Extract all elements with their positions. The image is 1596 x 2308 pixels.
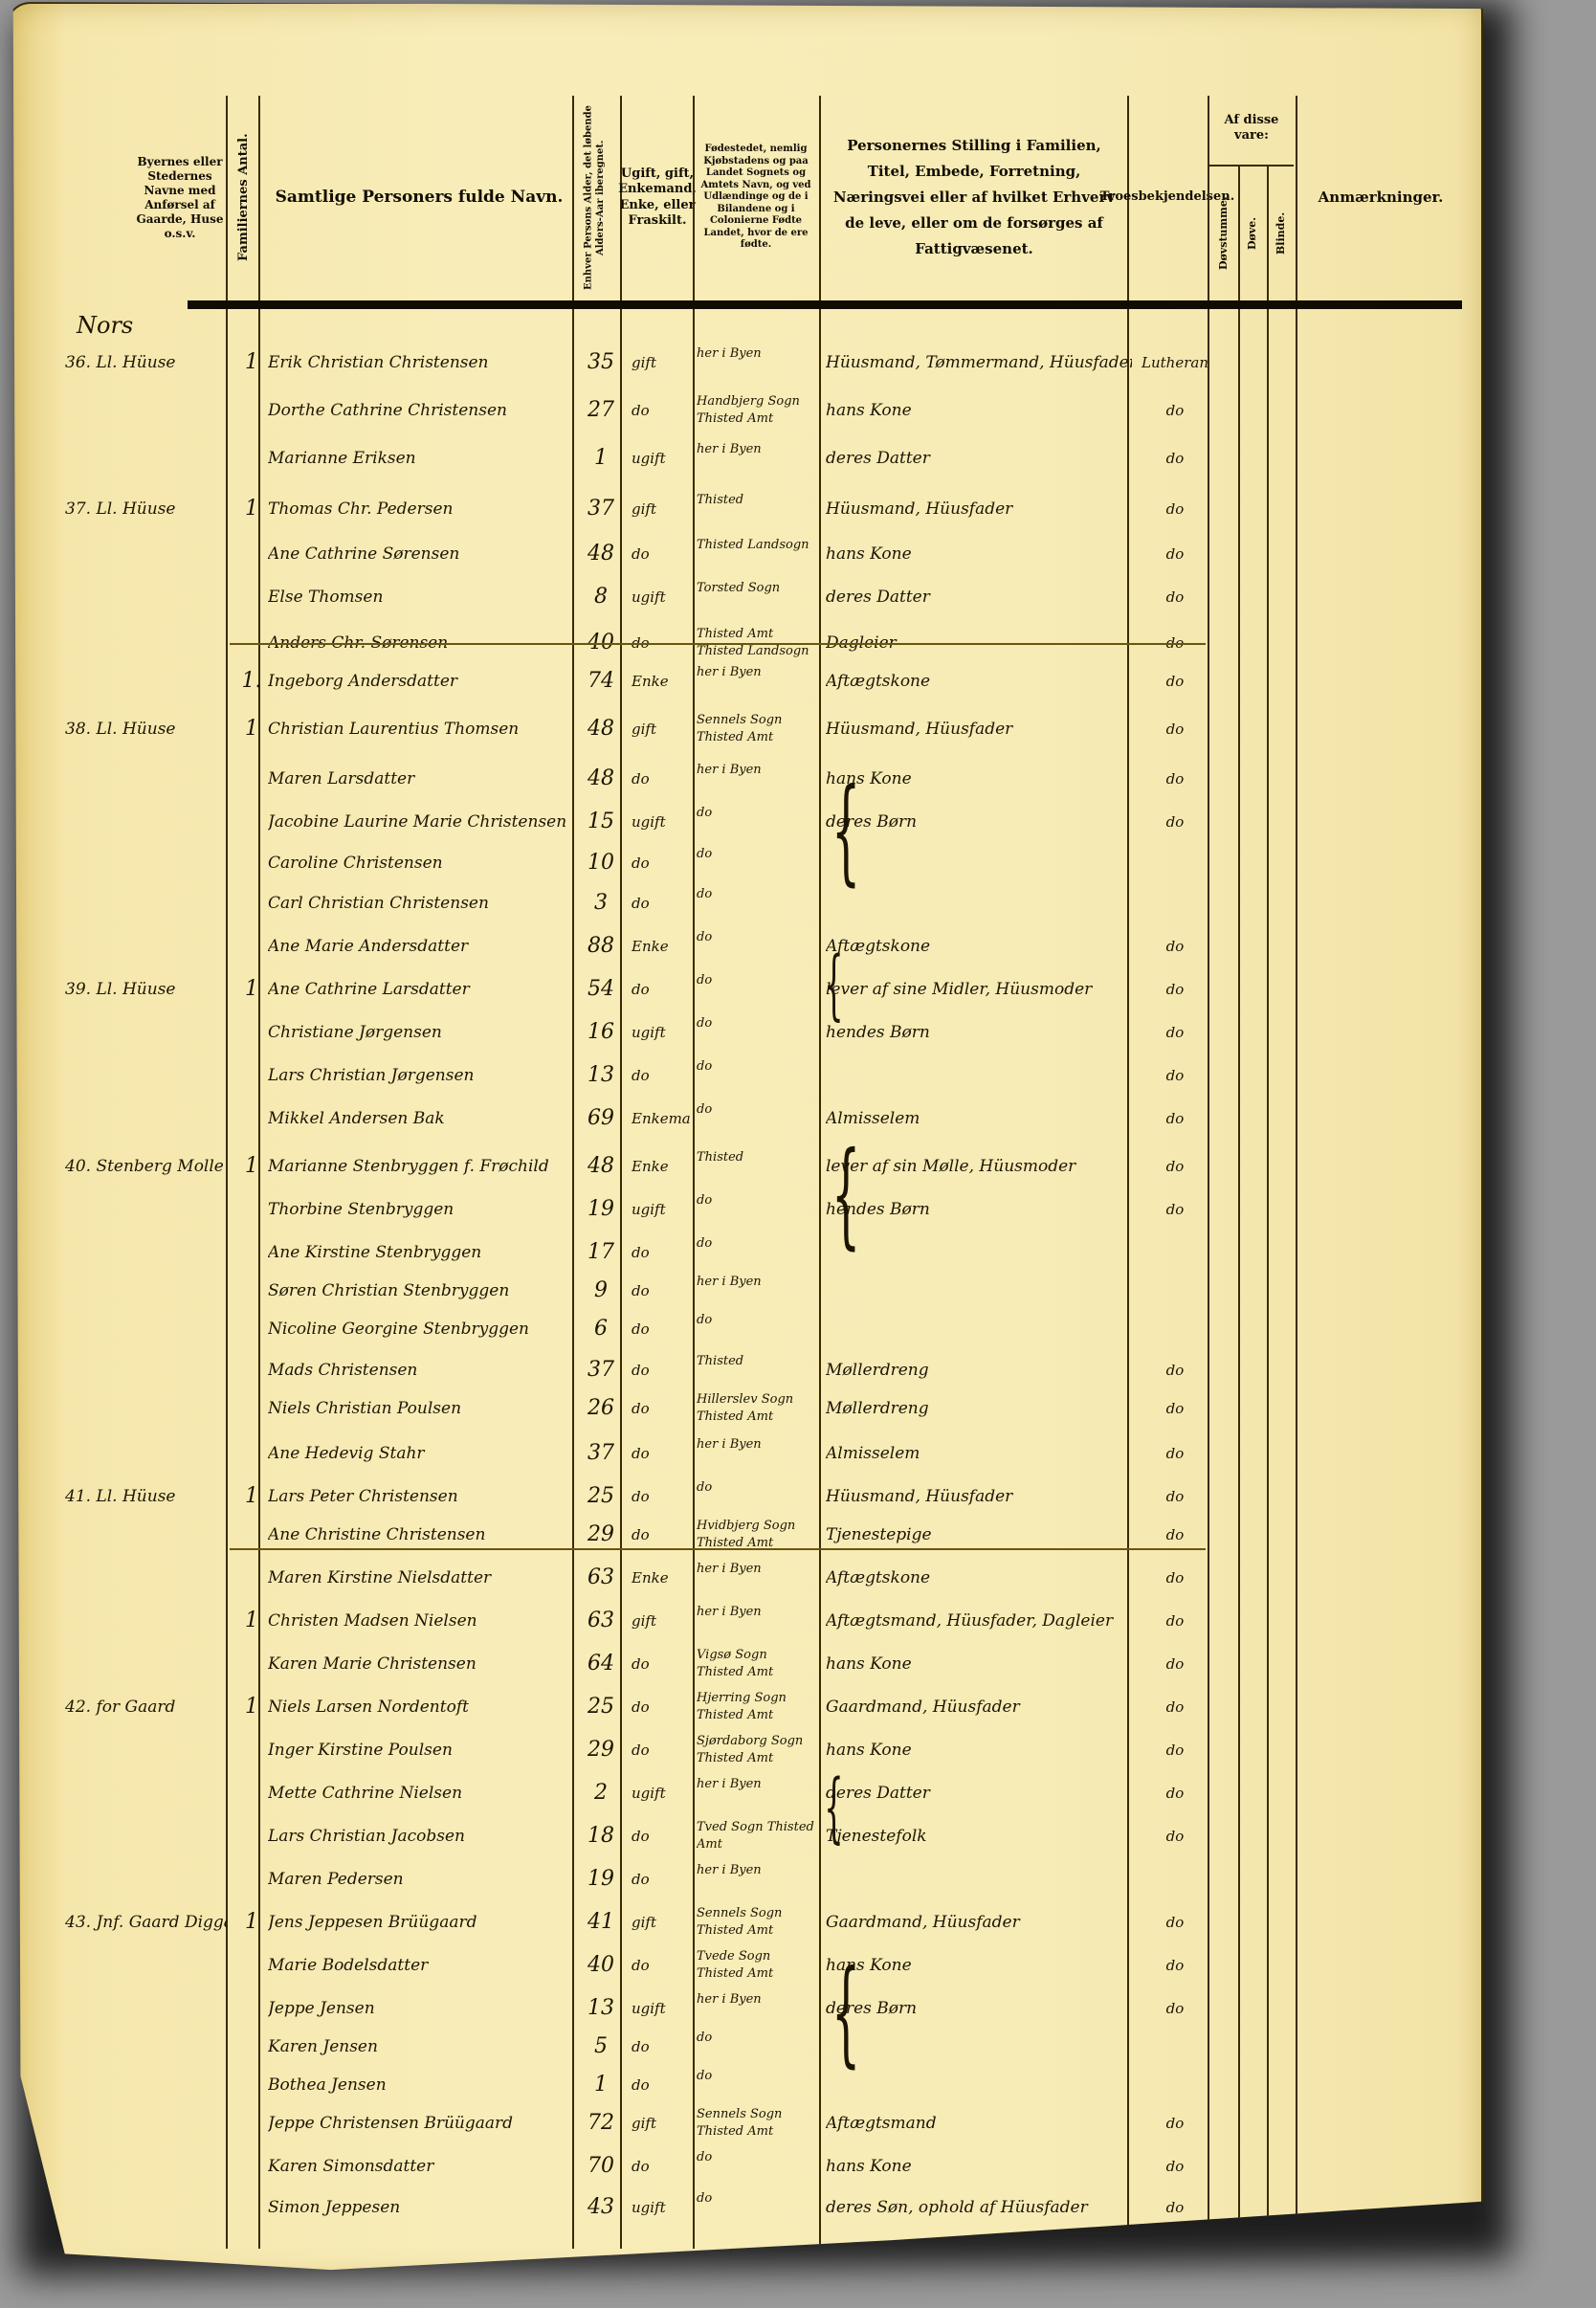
civil-status-cell: do (632, 970, 691, 1009)
faith-cell: do (1137, 1190, 1213, 1229)
header-remarks: Anmærkninger. (1299, 100, 1462, 296)
census-page: Byernes eller Stedernes Navne med Anførs… (6, 2, 1483, 2281)
census-row: Thorbine Stenbryggen19ugiftdohendes Børn… (8, 1190, 1481, 1229)
birthplace-cell: do (697, 1056, 816, 1076)
age-cell: 69 (577, 1099, 625, 1138)
birthplace-cell: her i Byen (697, 1434, 816, 1454)
age-cell: 10 (577, 844, 625, 882)
civil-status-cell: ugift (632, 2188, 691, 2227)
census-row: 1Christen Madsen Nielsen63gifther i Byen… (8, 1602, 1481, 1640)
occupation-cell: Hüusmand, Tømmermand, Hüusfader (826, 344, 1132, 382)
header-civil: Ugift, gift, Enkemand, Enke, eller Frask… (624, 100, 691, 296)
age-cell: 25 (577, 1688, 625, 1726)
faith-cell: do (1137, 1559, 1213, 1597)
census-row: Marianne Eriksen1ugifther i Byenderes Da… (8, 439, 1481, 477)
civil-status-cell: do (632, 1389, 691, 1428)
census-row: Mikkel Andersen Bak69EnkemanddoAlmissele… (8, 1099, 1481, 1138)
family-count-cell: 1 (237, 1602, 266, 1640)
person-name-cell: Inger Kirstine Poulsen (268, 1731, 574, 1769)
person-name-cell: Mette Cathrine Nielsen (268, 1774, 574, 1812)
occupation-cell: hans Kone (826, 760, 1132, 798)
age-cell: 72 (577, 2104, 625, 2142)
household-separator (230, 643, 1206, 645)
person-name-cell: Ane Cathrine Larsdatter (268, 970, 574, 1009)
age-cell: 1 (577, 439, 625, 477)
census-row: Jacobine Laurine Marie Christensen15ugif… (8, 803, 1481, 841)
census-row: 43. Jnf. Gaard Diggaard1Jens Jeppesen Br… (8, 1903, 1481, 1942)
civil-status-cell: do (632, 2147, 691, 2186)
birthplace-cell: do (697, 1013, 816, 1032)
age-cell: 37 (577, 1434, 625, 1473)
civil-status-cell: do (632, 1946, 691, 1985)
birthplace-cell: do (697, 844, 816, 863)
census-row: Mads Christensen37doThistedMøllerdrengdo (8, 1351, 1481, 1389)
person-name-cell: Jens Jeppesen Brüügaard (268, 1903, 574, 1942)
faith-cell: do (1137, 391, 1213, 430)
census-row: 1.Ingeborg Andersdatter74Enkeher i ByenA… (8, 662, 1481, 700)
faith-cell: do (1137, 1434, 1213, 1473)
birthplace-cell: Torsted Sogn (697, 578, 816, 597)
occupation-cell: lever af sin Mølle, Hüusmoder (826, 1147, 1132, 1186)
person-name-cell: Bothea Jensen (268, 2066, 574, 2104)
occupation-cell: deres Datter (826, 578, 1132, 616)
birthplace-cell: her i Byen (697, 760, 816, 779)
birthplace-cell: do (697, 2066, 816, 2085)
occupation-cell: deres Børn (826, 803, 1132, 841)
birthplace-cell: do (697, 1310, 816, 1329)
occupation-cell: hans Kone (826, 1645, 1132, 1683)
birthplace-cell: her i Byen (697, 439, 816, 458)
birthplace-cell: Hjerring Sogn Thisted Amt (697, 1688, 816, 1724)
family-count-cell: 1 (237, 970, 266, 1009)
occupation-cell: hendes Børn (826, 1013, 1132, 1052)
header-rule (188, 300, 1462, 309)
occupation-cell: hans Kone (826, 391, 1132, 430)
age-cell: 37 (577, 490, 625, 528)
occupation-cell: deres Datter (826, 439, 1132, 477)
person-name-cell: Jacobine Laurine Marie Christensen (268, 803, 574, 841)
person-name-cell: Ingeborg Andersdatter (268, 662, 574, 700)
family-count-cell: 1 (237, 490, 266, 528)
birthplace-cell: do (697, 927, 816, 946)
birthplace-cell: Sennels Sogn Thisted Amt (697, 1903, 816, 1940)
birthplace-cell: Vigsø Sogn Thisted Amt (697, 1645, 816, 1681)
age-cell: 13 (577, 1056, 625, 1095)
person-name-cell: Maren Kirstine Nielsdatter (268, 1559, 574, 1597)
person-name-cell: Marie Bodelsdatter (268, 1946, 574, 1985)
occupation-cell: hans Kone (826, 535, 1132, 573)
birthplace-cell: do (697, 1477, 816, 1497)
person-name-cell: Marianne Eriksen (268, 439, 574, 477)
civil-status-cell: gift (632, 1602, 691, 1640)
faith-cell: do (1137, 439, 1213, 477)
occupation-cell: hendes Børn (826, 1190, 1132, 1229)
age-cell: 35 (577, 344, 625, 382)
civil-status-cell: do (632, 844, 691, 882)
age-cell: 88 (577, 927, 625, 965)
census-row: 41. Ll. Hüuse1Lars Peter Christensen25do… (8, 1477, 1481, 1516)
civil-status-cell: do (632, 1860, 691, 1898)
birthplace-cell: Hillerslev Sogn Thisted Amt (697, 1389, 816, 1426)
civil-status-cell: do (632, 1477, 691, 1516)
census-row: Jeppe Christensen Brüügaard72giftSennels… (8, 2104, 1481, 2142)
age-cell: 48 (577, 710, 625, 748)
civil-status-cell: do (632, 1434, 691, 1473)
census-row: 36. Ll. Hüuse1Erik Christian Christensen… (8, 344, 1481, 382)
census-row: Inger Kirstine Poulsen29doSjørdaborg Sog… (8, 1731, 1481, 1769)
civil-status-cell: do (632, 1056, 691, 1095)
civil-status-cell: do (632, 1272, 691, 1310)
family-count-cell: 1 (237, 1147, 266, 1186)
census-row: Lars Christian Jacobsen18doTved Sogn Thi… (8, 1817, 1481, 1855)
census-row: Ane Cathrine Sørensen48doThisted Landsog… (8, 535, 1481, 573)
family-count-cell: 1. (237, 662, 266, 700)
age-cell: 19 (577, 1860, 625, 1898)
occupation-cell: Gaardmand, Hüusfader (826, 1903, 1132, 1942)
census-row: Lars Christian Jørgensen13dododo (8, 1056, 1481, 1095)
occupation-cell: Aftægtsmand (826, 2104, 1132, 2142)
census-row: 40. Stenberg Molle1Marianne Stenbryggen … (8, 1147, 1481, 1186)
civil-status-cell: gift (632, 1903, 691, 1942)
census-row: Karen Simonsdatter70dodohans Konedo (8, 2147, 1481, 2186)
person-name-cell: Lars Christian Jacobsen (268, 1817, 574, 1855)
civil-status-cell: ugift (632, 1989, 691, 2028)
house-cell: 37. Ll. Hüuse (65, 490, 228, 528)
person-name-cell: Marianne Stenbryggen f. Frøchild (268, 1147, 574, 1186)
person-name-cell: Ane Marie Andersdatter (268, 927, 574, 965)
faith-cell: do (1137, 760, 1213, 798)
age-cell: 63 (577, 1602, 625, 1640)
brace: { (831, 1956, 861, 2071)
birthplace-cell: do (697, 970, 816, 989)
house-cell: 39. Ll. Hüuse (65, 970, 228, 1009)
birthplace-cell: Sennels Sogn Thisted Amt (697, 710, 816, 746)
census-row: Bothea Jensen1dodo (8, 2066, 1481, 2104)
faith-cell: do (1137, 490, 1213, 528)
birthplace-cell: her i Byen (697, 1774, 816, 1793)
faith-cell: do (1137, 1989, 1213, 2028)
census-row: Mette Cathrine Nielsen2ugifther i Byende… (8, 1774, 1481, 1812)
age-cell: 48 (577, 535, 625, 573)
faith-cell: do (1137, 578, 1213, 616)
faith-cell: do (1137, 1056, 1213, 1095)
civil-status-cell: gift (632, 344, 691, 382)
faith-cell: do (1137, 662, 1213, 700)
person-name-cell: Ane Cathrine Sørensen (268, 535, 574, 573)
faith-cell: do (1137, 1477, 1213, 1516)
civil-status-cell: gift (632, 2104, 691, 2142)
census-row: Ane Marie Andersdatter88EnkedoAftægtskon… (8, 927, 1481, 965)
census-row: Ane Hedevig Stahr37doher i ByenAlmissele… (8, 1434, 1481, 1473)
civil-status-cell: do (632, 2066, 691, 2104)
age-cell: 54 (577, 970, 625, 1009)
occupation-cell: Møllerdreng (826, 1389, 1132, 1428)
house-cell: 43. Jnf. Gaard Diggaard (65, 1903, 228, 1942)
faith-cell: do (1137, 927, 1213, 965)
age-cell: 25 (577, 1477, 625, 1516)
person-name-cell: Mads Christensen (268, 1351, 574, 1389)
header-birthplace: Fødestedet, nemlig Kjøbstadens og paa La… (695, 100, 817, 296)
family-count-cell: 1 (237, 710, 266, 748)
faith-cell: do (1137, 710, 1213, 748)
occupation-cell: Møllerdreng (826, 1351, 1132, 1389)
age-cell: 8 (577, 578, 625, 616)
person-name-cell: Nicoline Georgine Stenbryggen (268, 1310, 574, 1348)
house-cell: 40. Stenberg Molle (65, 1147, 228, 1186)
age-cell: 70 (577, 2147, 625, 2186)
census-row: Carl Christian Christensen3dodo (8, 884, 1481, 922)
person-name-cell: Lars Peter Christensen (268, 1477, 574, 1516)
faith-cell: do (1137, 803, 1213, 841)
census-row: Nicoline Georgine Stenbryggen6dodo (8, 1310, 1481, 1348)
civil-status-cell: gift (632, 490, 691, 528)
margin-note: Nors (77, 312, 133, 339)
faith-cell: do (1137, 1099, 1213, 1138)
faith-cell: do (1137, 1645, 1213, 1683)
civil-status-cell: ugift (632, 439, 691, 477)
age-cell: 9 (577, 1272, 625, 1310)
person-name-cell: Dorthe Cathrine Christensen (268, 391, 574, 430)
birthplace-cell: do (697, 803, 816, 822)
occupation-cell: lever af sine Midler, Hüusmoder (826, 970, 1132, 1009)
birthplace-cell: Thisted Landsogn (697, 535, 816, 554)
census-row: 39. Ll. Hüuse1Ane Cathrine Larsdatter54d… (8, 970, 1481, 1009)
person-name-cell: Ane Kirstine Stenbryggen (268, 1233, 574, 1272)
census-row: Else Thomsen8ugiftTorsted Sognderes Datt… (8, 578, 1481, 616)
civil-status-cell: do (632, 1817, 691, 1855)
faith-cell: Lutheran (1137, 344, 1213, 382)
occupation-cell: hans Kone (826, 1946, 1132, 1985)
occupation-cell: Aftægtskone (826, 1559, 1132, 1597)
brace: { (831, 774, 861, 889)
civil-status-cell: gift (632, 710, 691, 748)
header-age: Enhver Persons Alder, det løbende Alders… (574, 100, 616, 296)
family-count-cell: 1 (237, 1477, 266, 1516)
occupation-cell: Aftægtskone (826, 662, 1132, 700)
age-cell: 48 (577, 760, 625, 798)
birthplace-cell: do (697, 2028, 816, 2047)
birthplace-cell: her i Byen (697, 662, 816, 681)
age-cell: 48 (577, 1147, 625, 1186)
age-cell: 37 (577, 1351, 625, 1389)
birthplace-cell: do (697, 2147, 816, 2166)
civil-status-cell: do (632, 1351, 691, 1389)
census-row: Christiane Jørgensen16ugiftdohendes Børn… (8, 1013, 1481, 1052)
census-row: 37. Ll. Hüuse1Thomas Chr. Pedersen37gift… (8, 490, 1481, 528)
age-cell: 43 (577, 2188, 625, 2227)
birthplace-cell: her i Byen (697, 1860, 816, 1879)
age-cell: 1 (577, 2066, 625, 2104)
age-cell: 6 (577, 1310, 625, 1348)
header-blind: Blinde. (1269, 171, 1294, 296)
age-cell: 2 (577, 1774, 625, 1812)
person-name-cell: Simon Jeppesen (268, 2188, 574, 2227)
divider (1209, 165, 1294, 166)
birthplace-cell: Thisted Amt Thisted Landsogn (697, 624, 816, 660)
age-cell: 27 (577, 391, 625, 430)
census-row: Niels Christian Poulsen26doHillerslev So… (8, 1389, 1481, 1428)
birthplace-cell: do (697, 1233, 816, 1253)
civil-status-cell: do (632, 535, 691, 573)
birthplace-cell: her i Byen (697, 1272, 816, 1291)
age-cell: 26 (577, 1389, 625, 1428)
civil-status-cell: ugift (632, 803, 691, 841)
birthplace-cell: Thisted (697, 1351, 816, 1370)
faith-cell: do (1137, 1602, 1213, 1640)
age-cell: 5 (577, 2028, 625, 2066)
person-name-cell: Else Thomsen (268, 578, 574, 616)
faith-cell: do (1137, 1351, 1213, 1389)
brace: { (824, 946, 843, 1023)
faith-cell: do (1137, 1147, 1213, 1186)
civil-status-cell: ugift (632, 1774, 691, 1812)
person-name-cell: Karen Simonsdatter (268, 2147, 574, 2186)
faith-cell: do (1137, 1903, 1213, 1942)
occupation-cell: hans Kone (826, 2147, 1132, 2186)
civil-status-cell: Enke (632, 1559, 691, 1597)
civil-status-cell: Enke (632, 1147, 691, 1186)
birthplace-cell: Thisted (697, 490, 816, 509)
age-cell: 16 (577, 1013, 625, 1052)
person-name-cell: Carl Christian Christensen (268, 884, 574, 922)
house-cell: 38. Ll. Hüuse (65, 710, 228, 748)
faith-cell: do (1137, 2147, 1213, 2186)
person-name-cell: Mikkel Andersen Bak (268, 1099, 574, 1138)
faith-cell: do (1137, 1389, 1213, 1428)
header-faith: Troesbekjendelsen. (1131, 100, 1204, 296)
civil-status-cell: do (632, 1688, 691, 1726)
faith-cell: do (1137, 2104, 1213, 2142)
census-row: 42. for Gaard1Niels Larsen Nordentoft25d… (8, 1688, 1481, 1726)
person-name-cell: Lars Christian Jørgensen (268, 1056, 574, 1095)
census-row: Maren Pedersen19doher i Byen (8, 1860, 1481, 1898)
occupation-cell: Gaardmand, Hüusfader (826, 1688, 1132, 1726)
household-separator (230, 1548, 1206, 1550)
age-cell: 15 (577, 803, 625, 841)
age-cell: 13 (577, 1989, 625, 2028)
person-name-cell: Karen Marie Christensen (268, 1645, 574, 1683)
brace: { (824, 1769, 843, 1846)
census-row: Maren Kirstine Nielsdatter63Enkeher i By… (8, 1559, 1481, 1597)
header-deaf: Døve. (1240, 171, 1265, 296)
person-name-cell: Jeppe Christensen Brüügaard (268, 2104, 574, 2142)
person-name-cell: Christian Laurentius Thomsen (268, 710, 574, 748)
civil-status-cell: ugift (632, 578, 691, 616)
header-occupation: Personernes Stilling i Familien, Titel, … (826, 100, 1122, 296)
person-name-cell: Erik Christian Christensen (268, 344, 574, 382)
person-name-cell: Niels Christian Poulsen (268, 1389, 574, 1428)
civil-status-cell: Enke (632, 927, 691, 965)
birthplace-cell: Hvidbjerg Sogn Thisted Amt (697, 1516, 816, 1552)
header-name: Samtlige Personers fulde Navn. (266, 100, 572, 296)
age-cell: 18 (577, 1817, 625, 1855)
header-families: Familiernes Antal. (230, 100, 258, 296)
birthplace-cell: do (697, 2188, 816, 2208)
birthplace-cell: do (697, 884, 816, 903)
occupation-cell: Hüusmand, Hüusfader (826, 490, 1132, 528)
person-name-cell: Søren Christian Stenbryggen (268, 1272, 574, 1310)
age-cell: 17 (577, 1233, 625, 1272)
age-cell: 19 (577, 1190, 625, 1229)
occupation-cell: deres Søn, ophold af Hüusfader (826, 2188, 1132, 2227)
birthplace-cell: do (697, 1099, 816, 1119)
age-cell: 40 (577, 1946, 625, 1985)
birthplace-cell: her i Byen (697, 344, 816, 363)
faith-cell: do (1137, 1731, 1213, 1769)
civil-status-cell: do (632, 1310, 691, 1348)
family-count-cell: 1 (237, 1903, 266, 1942)
person-name-cell: Caroline Christensen (268, 844, 574, 882)
census-row: Jeppe Jensen13ugifther i Byenderes Børnd… (8, 1989, 1481, 2028)
person-name-cell: Thorbine Stenbryggen (268, 1190, 574, 1229)
occupation-cell: hans Kone (826, 1731, 1132, 1769)
civil-status-cell: Enke (632, 662, 691, 700)
birthplace-cell: Handbjerg Sogn Thisted Amt (697, 391, 816, 428)
census-row: 38. Ll. Hüuse1Christian Laurentius Thoms… (8, 710, 1481, 748)
occupation-cell: deres Børn (826, 1989, 1132, 2028)
civil-status-cell: ugift (632, 1190, 691, 1229)
birthplace-cell: Sennels Sogn Thisted Amt (697, 2104, 816, 2141)
occupation-cell: Aftægtskone (826, 927, 1132, 965)
person-name-cell: Maren Pedersen (268, 1860, 574, 1898)
occupation-cell: deres Datter (826, 1774, 1132, 1812)
header-house: Byernes eller Stedernes Navne med Anførs… (134, 100, 226, 296)
census-row: Marie Bodelsdatter40doTvede Sogn Thisted… (8, 1946, 1481, 1985)
civil-status-cell: do (632, 760, 691, 798)
occupation-cell: Hüusmand, Hüusfader (826, 1477, 1132, 1516)
faith-cell: do (1137, 970, 1213, 1009)
birthplace-cell: Sjørdaborg Sogn Thisted Amt (697, 1731, 816, 1767)
age-cell: 74 (577, 662, 625, 700)
occupation-cell: Almisselem (826, 1099, 1132, 1138)
house-cell: 42. for Gaard (65, 1688, 228, 1726)
birthplace-cell: Tvede Sogn Thisted Amt (697, 1946, 816, 1983)
civil-status-cell: do (632, 1645, 691, 1683)
house-cell: 36. Ll. Hüuse (65, 344, 228, 382)
birthplace-cell: her i Byen (697, 1989, 816, 2008)
age-cell: 3 (577, 884, 625, 922)
birthplace-cell: Thisted (697, 1147, 816, 1166)
person-name-cell: Niels Larsen Nordentoft (268, 1688, 574, 1726)
census-row: Ane Kirstine Stenbryggen17dodo (8, 1233, 1481, 1272)
faith-cell: do (1137, 1688, 1213, 1726)
civil-status-cell: do (632, 884, 691, 922)
census-row: Maren Larsdatter48doher i Byenhans Koned… (8, 760, 1481, 798)
age-cell: 41 (577, 1903, 625, 1942)
family-count-cell: 1 (237, 344, 266, 382)
civil-status-cell: do (632, 1731, 691, 1769)
civil-status-cell: ugift (632, 1013, 691, 1052)
family-count-cell: 1 (237, 1688, 266, 1726)
birthplace-cell: do (697, 1190, 816, 1209)
birthplace-cell: her i Byen (697, 1602, 816, 1621)
civil-status-cell: do (632, 391, 691, 430)
person-name-cell: Christen Madsen Nielsen (268, 1602, 574, 1640)
person-name-cell: Jeppe Jensen (268, 1989, 574, 2028)
person-name-cell: Thomas Chr. Pedersen (268, 490, 574, 528)
civil-status-cell: do (632, 2028, 691, 2066)
birthplace-cell: Tved Sogn Thisted Amt (697, 1817, 816, 1853)
person-name-cell: Karen Jensen (268, 2028, 574, 2066)
faith-cell: do (1137, 535, 1213, 573)
faith-cell: do (1137, 1946, 1213, 1985)
census-row: Caroline Christensen10dodo (8, 844, 1481, 882)
person-name-cell: Christiane Jørgensen (268, 1013, 574, 1052)
census-row: Dorthe Cathrine Christensen27doHandbjerg… (8, 391, 1481, 430)
brace: { (831, 1138, 861, 1253)
age-cell: 64 (577, 1645, 625, 1683)
census-row: Karen Marie Christensen64doVigsø Sogn Th… (8, 1645, 1481, 1683)
